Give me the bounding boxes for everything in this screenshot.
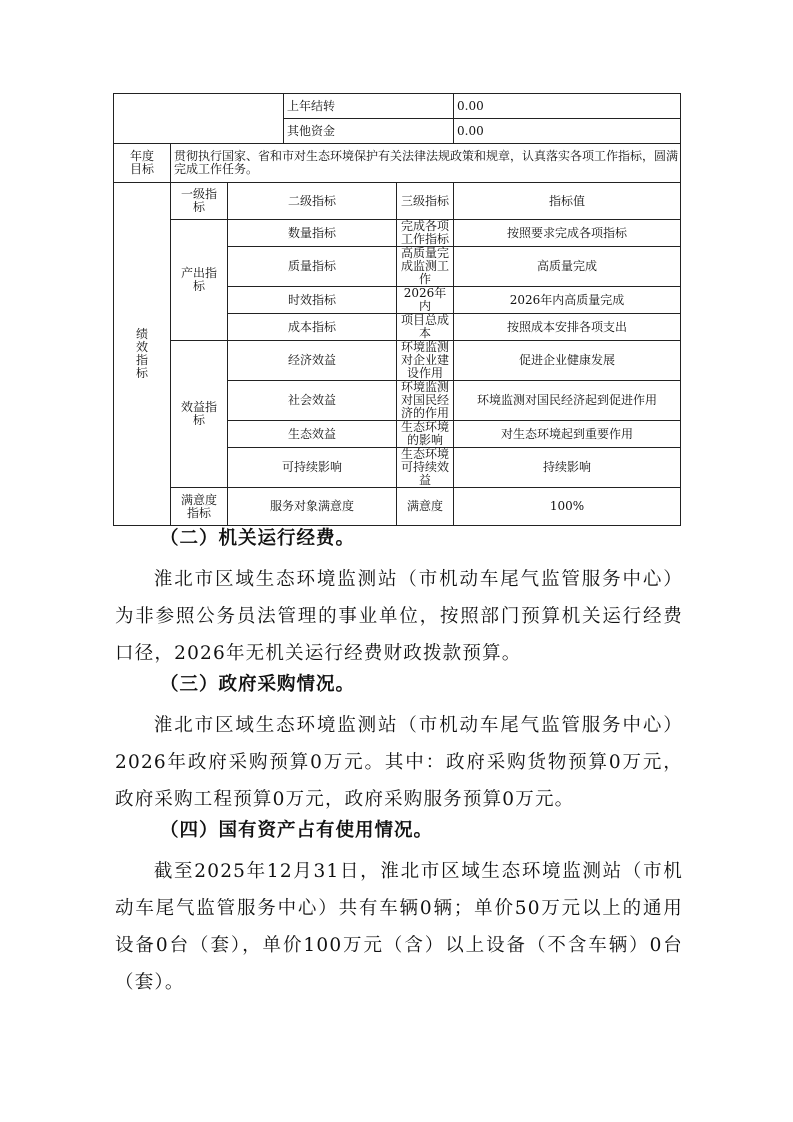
section-heading-assets: （四）国有资产占有使用情况。 [160,816,433,842]
header-value: 指标值 [454,183,681,220]
value-cell: 按照成本安排各项支出 [454,314,681,341]
level3-cell: 满意度 [397,488,454,526]
value-cell: 持续影响 [454,448,681,488]
performance-table: 上年结转 0.00 其他资金 0.00 年度目标 贯彻执行国家、省和市对生态环境… [113,93,681,526]
level3-cell: 高质量完成监测工作 [397,247,454,287]
level3-cell: 环境监测对企业建设作用 [397,341,454,381]
annual-goal-text: 贯彻执行国家、省和市对生态环境保护有关法律法规政策和规章，认真落实各项工作指标，… [171,144,681,183]
level3-cell: 2026年内 [397,287,454,314]
header-level1: 一级指标 [171,183,228,220]
performance-label: 绩效指标 [114,183,171,526]
value-cell: 按照要求完成各项指标 [454,220,681,247]
level3-cell: 完成各项工作指标 [397,220,454,247]
value-cell: 对生态环境起到重要作用 [454,421,681,448]
level2-cell: 数量指标 [228,220,397,247]
header-level3: 三级指标 [397,183,454,220]
blank-cell [114,94,284,144]
value-cell: 高质量完成 [454,247,681,287]
funding-value: 0.00 [454,119,681,144]
header-level2: 二级指标 [228,183,397,220]
section-body-procurement: 淮北市区域生态环境监测站（市机动车尾气监管服务中心）2026年政府采购预算0万元… [115,707,683,818]
level1-satisfaction: 满意度指标 [171,488,228,526]
funding-label: 上年结转 [284,94,454,119]
section-heading-procurement: （三）政府采购情况。 [160,670,355,696]
section-body-operating-costs: 淮北市区域生态环境监测站（市机动车尾气监管服务中心）为非参照公务员法管理的事业单… [115,561,683,672]
level2-cell: 经济效益 [228,341,397,381]
value-cell: 促进企业健康发展 [454,341,681,381]
level3-cell: 生态环境的影响 [397,421,454,448]
level3-cell: 环境监测对国民经济的作用 [397,381,454,421]
level2-cell: 社会效益 [228,381,397,421]
level1-output: 产出指标 [171,220,228,341]
level2-cell: 时效指标 [228,287,397,314]
funding-label: 其他资金 [284,119,454,144]
level1-benefit: 效益指标 [171,341,228,488]
level2-cell: 服务对象满意度 [228,488,397,526]
section-body-assets: 截至2025年12月31日，淮北市区域生态环境监测站（市机动车尾气监管服务中心）… [115,853,683,1001]
level2-cell: 成本指标 [228,314,397,341]
level2-cell: 质量指标 [228,247,397,287]
section-heading-operating-costs: （二）机关运行经费。 [160,524,355,550]
level3-cell: 项目总成本 [397,314,454,341]
funding-value: 0.00 [454,94,681,119]
value-cell: 100% [454,488,681,526]
value-cell: 环境监测对国民经济起到促进作用 [454,381,681,421]
level2-cell: 生态效益 [228,421,397,448]
level2-cell: 可持续影响 [228,448,397,488]
level3-cell: 生态环境可持续效益 [397,448,454,488]
value-cell: 2026年内高质量完成 [454,287,681,314]
annual-goal-label: 年度目标 [114,144,171,183]
